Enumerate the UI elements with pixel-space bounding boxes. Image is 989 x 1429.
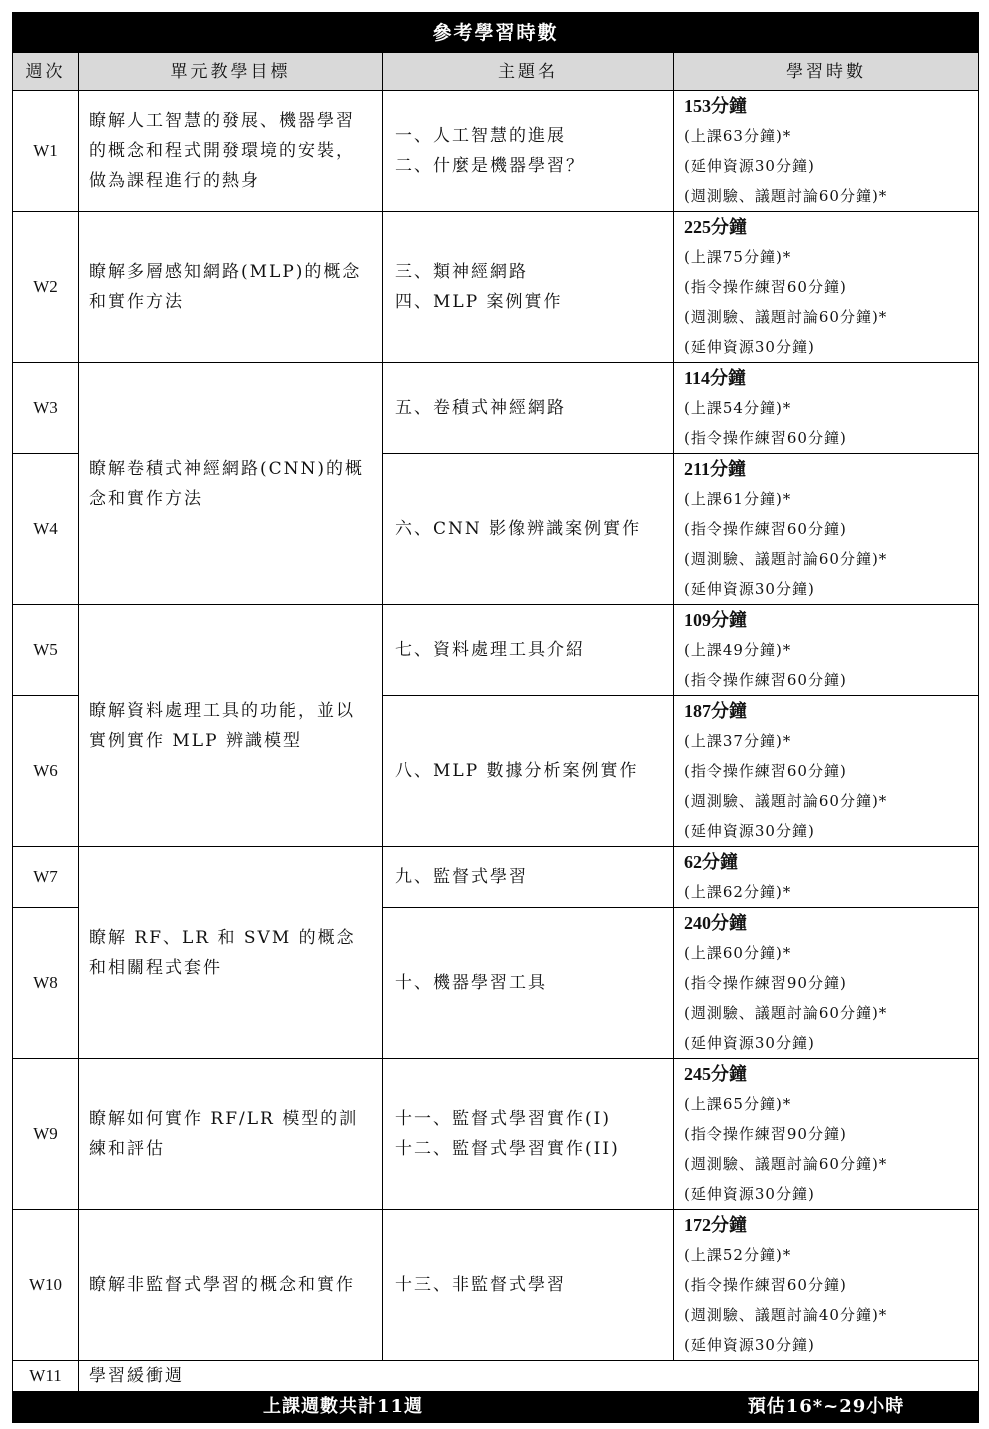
hours-detail: (指令操作練習60分鐘) (684, 272, 968, 302)
topic-cell: 三、類神經網路 四、MLP 案例實作 (383, 212, 674, 363)
topic-cell: 十三、非監督式學習 (383, 1210, 674, 1361)
hours-total: 109分鐘 (684, 605, 968, 635)
header-hours: 學習時數 (674, 53, 979, 91)
table-row: W5 瞭解資料處理工具的功能，並以實例實作 MLP 辨識模型 七、資料處理工具介… (13, 605, 979, 696)
topic-item: 十、機器學習工具 (395, 968, 661, 998)
table-title-row: 參考學習時數 (13, 13, 979, 53)
hours-cell: 225分鐘 (上課75分鐘)* (指令操作練習60分鐘) (週測驗、議題討論60… (674, 212, 979, 363)
hours-total: 172分鐘 (684, 1210, 968, 1240)
hours-cell: 153分鐘 (上課63分鐘)* (延伸資源30分鐘) (週測驗、議題討論60分鐘… (674, 91, 979, 212)
week-cell: W7 (13, 847, 79, 908)
hours-cell: 114分鐘 (上課54分鐘)* (指令操作練習60分鐘) (674, 363, 979, 454)
hours-total: 62分鐘 (684, 847, 968, 877)
table-row: W7 瞭解 RF、LR 和 SVM 的概念和相關程式套件 九、監督式學習 62分… (13, 847, 979, 908)
goal-cell: 瞭解非監督式學習的概念和實作 (79, 1210, 383, 1361)
topic-cell: 六、CNN 影像辨識案例實作 (383, 454, 674, 605)
hours-total: 240分鐘 (684, 908, 968, 938)
topic-item: 五、卷積式神經網路 (395, 393, 661, 423)
hours-detail: (延伸資源30分鐘) (684, 151, 968, 181)
week-cell: W8 (13, 908, 79, 1059)
footer-hours-estimate: 預估16*~29小時 (674, 1392, 979, 1423)
hours-total: 225分鐘 (684, 212, 968, 242)
topic-item: 七、資料處理工具介紹 (395, 635, 661, 665)
table-row: W1 瞭解人工智慧的發展、機器學習的概念和程式開發環境的安裝，做為課程進行的熱身… (13, 91, 979, 212)
hours-detail: (上課49分鐘)* (684, 635, 968, 665)
goal-cell: 瞭解 RF、LR 和 SVM 的概念和相關程式套件 (79, 847, 383, 1059)
week-cell: W10 (13, 1210, 79, 1361)
topic-item: 九、監督式學習 (395, 862, 661, 892)
week-cell: W11 (13, 1361, 79, 1392)
topic-item: 六、CNN 影像辨識案例實作 (395, 514, 661, 544)
header-week: 週次 (13, 53, 79, 91)
hours-detail: (延伸資源30分鐘) (684, 1028, 968, 1058)
topic-item: 十一、監督式學習實作(I) (395, 1104, 661, 1134)
goal-cell: 瞭解如何實作 RF/LR 模型的訓練和評估 (79, 1059, 383, 1210)
hours-detail: (週測驗、議題討論40分鐘)* (684, 1300, 968, 1330)
table-row: W9 瞭解如何實作 RF/LR 模型的訓練和評估 十一、監督式學習實作(I) 十… (13, 1059, 979, 1210)
hours-total: 211分鐘 (684, 454, 968, 484)
topic-cell: 一、人工智慧的進展 二、什麼是機器學習？ (383, 91, 674, 212)
goal-cell: 瞭解資料處理工具的功能，並以實例實作 MLP 辨識模型 (79, 605, 383, 847)
hours-total: 153分鐘 (684, 91, 968, 121)
learning-hours-table: 參考學習時數 週次 單元教學目標 主題名 學習時數 W1 瞭解人工智慧的發展、機… (12, 12, 979, 1423)
hours-detail: (上課54分鐘)* (684, 393, 968, 423)
hours-detail: (上課60分鐘)* (684, 938, 968, 968)
hours-total: 114分鐘 (684, 363, 968, 393)
hours-detail: (上課65分鐘)* (684, 1089, 968, 1119)
hours-detail: (延伸資源30分鐘) (684, 1179, 968, 1209)
header-topic: 主題名 (383, 53, 674, 91)
topic-item: 四、MLP 案例實作 (395, 287, 661, 317)
goal-cell: 瞭解人工智慧的發展、機器學習的概念和程式開發環境的安裝，做為課程進行的熱身 (79, 91, 383, 212)
hours-detail: (延伸資源30分鐘) (684, 332, 968, 362)
footer-weeks-total: 上課週數共計11週 (13, 1392, 674, 1423)
hours-cell: 109分鐘 (上課49分鐘)* (指令操作練習60分鐘) (674, 605, 979, 696)
hours-cell: 62分鐘 (上課62分鐘)* (674, 847, 979, 908)
table-row: W3 瞭解卷積式神經網路(CNN)的概念和實作方法 五、卷積式神經網路 114分… (13, 363, 979, 454)
week-cell: W5 (13, 605, 79, 696)
topic-cell: 七、資料處理工具介紹 (383, 605, 674, 696)
week-cell: W6 (13, 696, 79, 847)
hours-detail: (週測驗、議題討論60分鐘)* (684, 181, 968, 211)
hours-cell: 240分鐘 (上課60分鐘)* (指令操作練習90分鐘) (週測驗、議題討論60… (674, 908, 979, 1059)
topic-item: 八、MLP 數據分析案例實作 (395, 756, 661, 786)
topic-item: 三、類神經網路 (395, 257, 661, 287)
topic-item: 二、什麼是機器學習？ (395, 151, 661, 181)
table-row: W10 瞭解非監督式學習的概念和實作 十三、非監督式學習 172分鐘 (上課52… (13, 1210, 979, 1361)
week-cell: W9 (13, 1059, 79, 1210)
week-cell: W2 (13, 212, 79, 363)
hours-total: 245分鐘 (684, 1059, 968, 1089)
goal-cell: 瞭解卷積式神經網路(CNN)的概念和實作方法 (79, 363, 383, 605)
hours-detail: (指令操作練習90分鐘) (684, 968, 968, 998)
hours-cell: 172分鐘 (上課52分鐘)* (指令操作練習60分鐘) (週測驗、議題討論40… (674, 1210, 979, 1361)
topic-cell: 十、機器學習工具 (383, 908, 674, 1059)
hours-detail: (上課37分鐘)* (684, 726, 968, 756)
hours-detail: (週測驗、議題討論60分鐘)* (684, 786, 968, 816)
hours-detail: (週測驗、議題討論60分鐘)* (684, 544, 968, 574)
topic-item: 一、人工智慧的進展 (395, 121, 661, 151)
hours-detail: (上課61分鐘)* (684, 484, 968, 514)
hours-detail: (上課62分鐘)* (684, 877, 968, 907)
table-footer-row: 上課週數共計11週 預估16*~29小時 (13, 1392, 979, 1423)
table-row: W2 瞭解多層感知網路(MLP)的概念和實作方法 三、類神經網路 四、MLP 案… (13, 212, 979, 363)
goal-cell: 瞭解多層感知網路(MLP)的概念和實作方法 (79, 212, 383, 363)
hours-detail: (延伸資源30分鐘) (684, 816, 968, 846)
hours-detail: (指令操作練習60分鐘) (684, 1270, 968, 1300)
hours-detail: (指令操作練習90分鐘) (684, 1119, 968, 1149)
hours-cell: 187分鐘 (上課37分鐘)* (指令操作練習60分鐘) (週測驗、議題討論60… (674, 696, 979, 847)
topic-cell: 八、MLP 數據分析案例實作 (383, 696, 674, 847)
hours-detail: (週測驗、議題討論60分鐘)* (684, 998, 968, 1028)
hours-detail: (上課63分鐘)* (684, 121, 968, 151)
header-goal: 單元教學目標 (79, 53, 383, 91)
hours-detail: (上課75分鐘)* (684, 242, 968, 272)
topic-item: 十二、監督式學習實作(II) (395, 1134, 661, 1164)
table-row-buffer-week: W11 學習緩衝週 (13, 1361, 979, 1392)
hours-detail: (指令操作練習60分鐘) (684, 514, 968, 544)
hours-total: 187分鐘 (684, 696, 968, 726)
topic-cell: 十一、監督式學習實作(I) 十二、監督式學習實作(II) (383, 1059, 674, 1210)
hours-cell: 211分鐘 (上課61分鐘)* (指令操作練習60分鐘) (週測驗、議題討論60… (674, 454, 979, 605)
hours-detail: (延伸資源30分鐘) (684, 574, 968, 604)
topic-item: 十三、非監督式學習 (395, 1270, 661, 1300)
hours-detail: (指令操作練習60分鐘) (684, 423, 968, 453)
topic-cell: 五、卷積式神經網路 (383, 363, 674, 454)
hours-detail: (上課52分鐘)* (684, 1240, 968, 1270)
table-header-row: 週次 單元教學目標 主題名 學習時數 (13, 53, 979, 91)
week-cell: W4 (13, 454, 79, 605)
hours-detail: (延伸資源30分鐘) (684, 1330, 968, 1360)
week-cell: W3 (13, 363, 79, 454)
buffer-week-text: 學習緩衝週 (79, 1361, 979, 1392)
hours-detail: (指令操作練習60分鐘) (684, 665, 968, 695)
hours-detail: (週測驗、議題討論60分鐘)* (684, 302, 968, 332)
hours-detail: (週測驗、議題討論60分鐘)* (684, 1149, 968, 1179)
hours-detail: (指令操作練習60分鐘) (684, 756, 968, 786)
topic-cell: 九、監督式學習 (383, 847, 674, 908)
table-title: 參考學習時數 (13, 13, 979, 53)
hours-cell: 245分鐘 (上課65分鐘)* (指令操作練習90分鐘) (週測驗、議題討論60… (674, 1059, 979, 1210)
week-cell: W1 (13, 91, 79, 212)
